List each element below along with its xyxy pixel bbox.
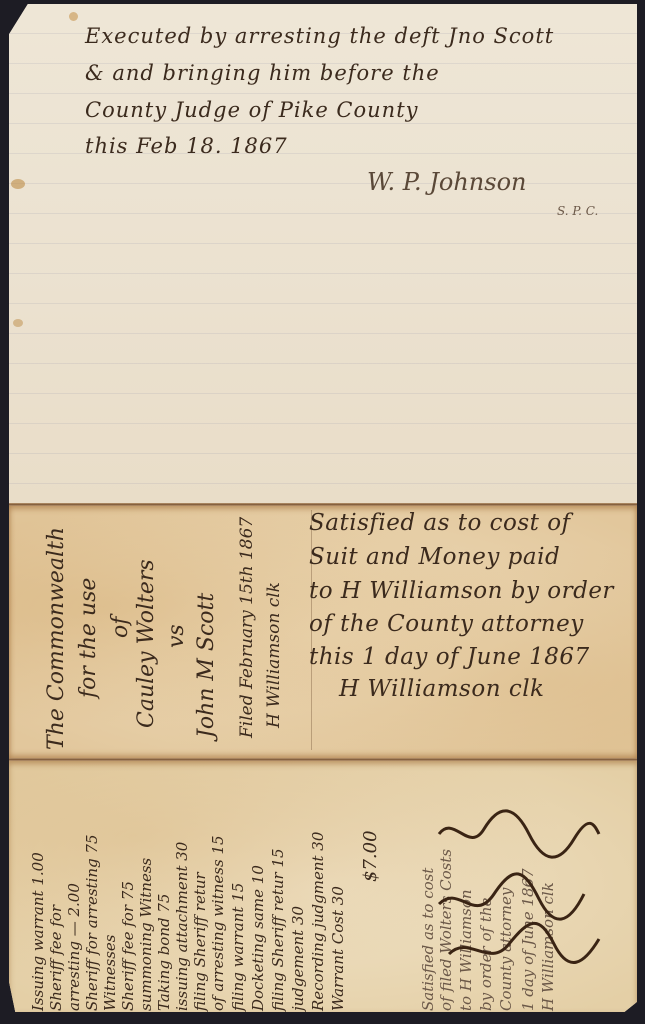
satisfaction-line: Satisfied as to cost of	[309, 510, 571, 536]
case-title-line: The Commonwealth	[44, 527, 69, 750]
document-sheet: Executed by arresting the deft Jno Scott…	[9, 4, 637, 1012]
cost-item: Warrant Cost 30	[329, 886, 347, 1011]
paper-stain	[13, 319, 23, 327]
satisfaction-line: of the County attorney	[309, 611, 584, 637]
cost-item: filing Sheriff retur	[191, 872, 209, 1011]
cost-item: issuing attachment 30	[173, 842, 191, 1011]
cost-item: Witnesses	[101, 935, 119, 1012]
case-title-line: for the use	[76, 578, 101, 698]
cost-item: Recording judgment 30	[309, 832, 327, 1011]
return-line: Executed by arresting the deft Jno Scott	[85, 24, 554, 48]
costs-total: $7.00	[360, 830, 381, 882]
paper-stain	[69, 12, 78, 21]
cost-item: of arresting witness 15	[209, 835, 227, 1011]
satisfaction-line: this 1 day of June 1867	[309, 644, 590, 670]
case-title-line: John M Scott	[194, 593, 219, 738]
cost-item: Sheriff fee for 75	[119, 881, 137, 1011]
case-title-line: Cauley Wolters	[134, 559, 159, 728]
paper-stain	[11, 179, 25, 189]
return-line: County Judge of Pike County	[85, 98, 419, 122]
sheriff-signature: W. P. Johnson	[367, 168, 526, 196]
sheriff-return-panel: Executed by arresting the deft Jno Scott…	[9, 4, 637, 504]
filed-line: H Williamson clk	[264, 582, 284, 728]
cost-item: summoning Witness	[137, 858, 155, 1011]
return-line: & and bringing him before the	[85, 61, 440, 85]
cost-item: Sheriff for arresting 75	[83, 834, 101, 1011]
satisfaction-signature: H Williamson clk	[339, 676, 545, 702]
sheriff-title: S. P. C.	[557, 204, 598, 218]
satisfaction-line: to H Williamson by order	[309, 578, 614, 604]
cost-item: filing Sheriff retur 15	[269, 848, 287, 1011]
filed-line: Filed February 15th 1867	[237, 517, 257, 738]
cost-item: Docketing same 10	[249, 865, 267, 1011]
cost-item: arresting — 2.00	[65, 883, 83, 1011]
case-title-line: vs	[164, 624, 189, 648]
cost-item: Taking bond 75	[155, 894, 173, 1011]
case-title-line: of	[108, 617, 133, 638]
return-line: this Feb 18. 1867	[85, 134, 288, 158]
satisfaction-line: Suit and Money paid	[309, 544, 560, 570]
endorsement-panel: The Commonwealth for the use of Cauley W…	[9, 506, 637, 758]
cost-item: Issuing warrant 1.00	[29, 852, 47, 1011]
cost-item: filing warrant 15	[229, 883, 247, 1011]
cost-item: Sheriff fee for	[47, 905, 65, 1011]
cost-item: judgement 30	[289, 906, 307, 1011]
cancellation-strokes	[434, 794, 604, 984]
